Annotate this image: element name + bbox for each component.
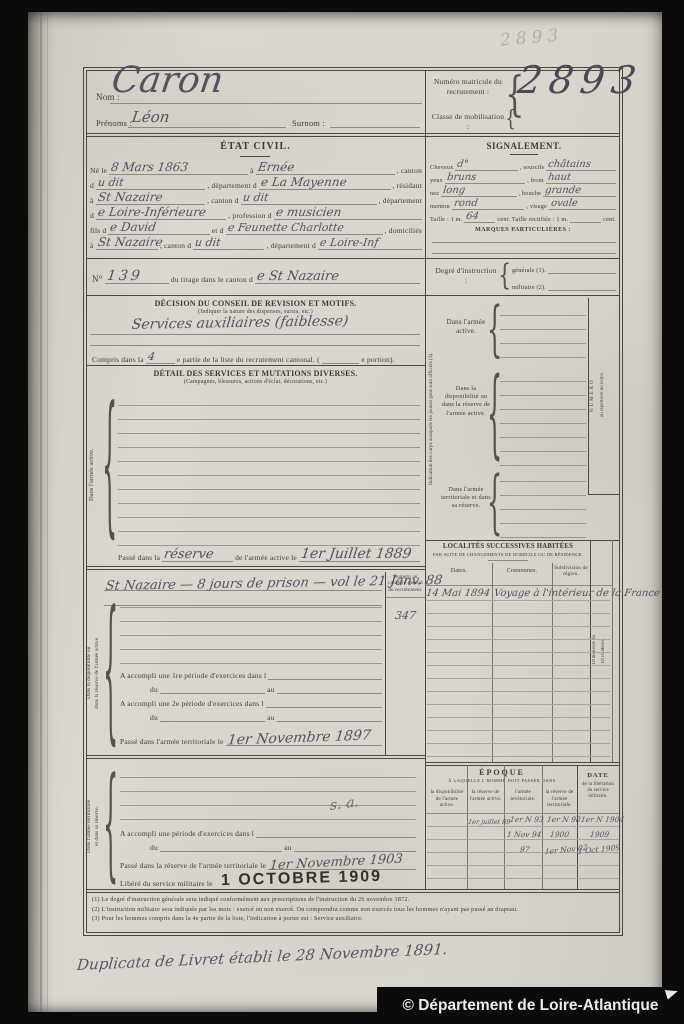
passe-date-value: 1er Juillet 1889 bbox=[300, 547, 412, 561]
epoque-col4: la réserve de l'armée territoriale. bbox=[543, 790, 576, 810]
taille-fill: 64 bbox=[464, 204, 495, 223]
terr-periode-fill bbox=[256, 837, 416, 838]
epoque-col2: la réserve de l'armée active. bbox=[468, 790, 503, 803]
page-binding-line bbox=[40, 12, 42, 1012]
terr-ruled-lines bbox=[120, 764, 416, 820]
localites-subtitle: PAR SUITE DE CHANGEMENTS DE DOMICILE OU … bbox=[428, 552, 588, 557]
divider-heavy-2 bbox=[86, 755, 425, 759]
watermark-text: © Département de Loire-Atlantique bbox=[402, 997, 658, 1015]
ec-l6-loireinf: e Loire-Inf bbox=[319, 237, 379, 248]
tirage-row: N° 139 du tirage dans le canton d e St N… bbox=[92, 266, 420, 284]
corps-active-label: Dans l'armée active. bbox=[443, 318, 489, 336]
epoque-top-line bbox=[425, 762, 620, 766]
epoque-v3a: 1er N 93 bbox=[509, 815, 544, 824]
compris-label-c: e portion). bbox=[361, 355, 394, 364]
ec-l3-dudit: u dit bbox=[242, 192, 269, 203]
passe-terr-fill: 1er Novembre 1897 bbox=[226, 727, 382, 746]
visage-fill: ovale bbox=[549, 191, 616, 210]
detail-margin-brace bbox=[102, 393, 117, 546]
marques-line-2 bbox=[432, 253, 616, 254]
passe-territoriale-row: Passé dans l'armée territoriale le 1er N… bbox=[120, 726, 382, 746]
localites-rule bbox=[488, 560, 528, 561]
ec-l6-ville: St Nazaire bbox=[97, 236, 163, 248]
compris-value: 4 bbox=[147, 351, 156, 362]
taille-label: Taille : 1 m. bbox=[430, 216, 462, 223]
periode1-row: A accompli une 1re période d'exercices d… bbox=[120, 668, 382, 680]
matricule-value: 2893 bbox=[515, 58, 646, 102]
localites-col-subdivision: Subdivision de région. bbox=[552, 565, 590, 577]
localites-row-lines bbox=[427, 588, 610, 760]
localites-title: LOCALITÉS SUCCESSIVES HABITÉES bbox=[428, 543, 588, 550]
footnote-divider bbox=[86, 889, 620, 893]
epoque-title: ÉPOQUE bbox=[428, 768, 576, 777]
libere-label: Libéré du service militaire le bbox=[120, 879, 213, 888]
periode2-du-au-row: du au bbox=[150, 710, 382, 722]
controle-value-wrap: 347 bbox=[386, 606, 425, 624]
corps-terr-lines bbox=[500, 468, 586, 538]
tirage-no-value: 139 bbox=[106, 269, 144, 283]
localites-vline-4 bbox=[612, 540, 613, 763]
periode2-au: au bbox=[267, 713, 274, 722]
ec-l6-dept: , département d bbox=[266, 241, 315, 250]
divider-decision bbox=[86, 295, 620, 296]
localites-row-date: 14 Mai 1894 bbox=[425, 588, 490, 599]
epoque-v3b: 1 Nov 94 bbox=[506, 830, 542, 839]
localites-header-line bbox=[425, 585, 612, 586]
classe-label: Classe de mobilisation : bbox=[430, 112, 506, 132]
decision-line-2 bbox=[90, 345, 420, 346]
tirage-no-fill: 139 bbox=[105, 265, 169, 284]
nom-line bbox=[110, 103, 422, 104]
epoque-v5a: 1er N 1904 bbox=[580, 815, 624, 824]
passe-reserve-row: Passé dans la réserve de l'armée active … bbox=[118, 544, 420, 562]
ec-l6-fill-2: u dit bbox=[193, 231, 264, 250]
compris-fill-1: 4 bbox=[146, 345, 175, 364]
periode1-label: A accompli une 1re période d'exercices d… bbox=[120, 671, 266, 680]
terr-periode-label: A accompli une période d'exercices dans … bbox=[120, 829, 254, 838]
degre-label: Degré d'instruction : bbox=[434, 266, 498, 286]
detail-margin-label: Dans l'armée active. bbox=[88, 400, 100, 550]
epoque-date-title: DATE bbox=[578, 772, 618, 779]
surnom-line bbox=[330, 127, 420, 128]
taille-value: 64 bbox=[466, 212, 480, 222]
reserve-margin: Dans la disponibilité ou dans la réserve… bbox=[86, 595, 102, 750]
footnotes: (1) Le degré d'instruction générale sera… bbox=[92, 895, 614, 924]
compris-row: Compris dans la 4 e partie de la liste d… bbox=[92, 350, 420, 364]
divider-tirage bbox=[86, 258, 620, 259]
degre-generale: générale (1). bbox=[512, 267, 546, 274]
passe-res-fill: 1er Novembre 1903 bbox=[268, 851, 416, 870]
corps-dispo-label: Dans la disponibilité ou dans la réserve… bbox=[441, 385, 491, 418]
tirage-no-label: N° bbox=[92, 274, 103, 284]
terr-margin-brace bbox=[103, 766, 118, 889]
marques-label: MARQUES PARTICULIÈRES : bbox=[430, 227, 616, 233]
footnote-2: (2) L'instruction militaire sera indiqué… bbox=[92, 905, 614, 915]
passe-fill-1: réserve bbox=[162, 543, 233, 562]
taille-row: Taille : 1 m. 64 cent. Taille rectifiée … bbox=[430, 211, 616, 223]
periode2-du-fill bbox=[160, 721, 265, 722]
ec-l2-d: d bbox=[90, 181, 94, 190]
register-scan: 2893 Nom : Caron Prénoms : Léon Surnom :… bbox=[0, 0, 684, 1024]
menton-label: menton bbox=[430, 203, 450, 210]
epoque-v5b: 1909 bbox=[589, 830, 609, 839]
degre-brace bbox=[498, 262, 511, 291]
ec-l1-canton: , canton bbox=[397, 166, 422, 175]
epoque-v4a: 1er N 98 bbox=[546, 815, 581, 824]
corps-terr-label: Dans l'armée territoriale et dans sa rés… bbox=[441, 486, 491, 511]
prenoms-label: Prénoms : bbox=[96, 118, 132, 128]
corps-active-lines bbox=[500, 302, 586, 358]
periode1-du-au-row: du au bbox=[150, 682, 382, 694]
terr-margin: Dans l'armée territoriale et dans sa rés… bbox=[86, 770, 102, 882]
reserve-margin-2: dans la réserve de l'armée active. bbox=[94, 595, 102, 750]
degre-militaire-row: militaire (2). bbox=[512, 280, 616, 291]
classe-brace bbox=[505, 109, 516, 131]
passe-terr-label: Passé dans l'armée territoriale le bbox=[120, 737, 224, 746]
taille-rect-fill bbox=[570, 222, 601, 223]
periode2-du: du bbox=[150, 713, 158, 722]
libere-stamp: 1 OCTOBRE 1909 bbox=[220, 868, 382, 890]
footnote-3: (3) Pour les hommes compris dans la 4e p… bbox=[92, 914, 614, 924]
detail-title: DÉTAIL DES SERVICES ET MUTATIONS DIVERSE… bbox=[86, 369, 425, 378]
watermark-bar: © Département de Loire-Atlantique bbox=[377, 987, 684, 1024]
degre-militaire: militaire (2). bbox=[512, 284, 546, 291]
reserve-margin-1: Dans la disponibilité ou bbox=[86, 595, 94, 750]
terr-margin-2: et dans sa réserve. bbox=[94, 770, 102, 882]
passe-label-a: Passé dans la bbox=[118, 553, 160, 562]
degre-generale-row: générale (1). bbox=[512, 263, 616, 274]
compris-label-a: Compris dans la bbox=[92, 355, 144, 364]
tirage-canton-fill: e St Nazaire bbox=[255, 265, 420, 284]
periode1-au: au bbox=[267, 685, 274, 694]
signalement-title: SIGNALEMENT. bbox=[430, 141, 618, 151]
tirage-canton-value: e St Nazaire bbox=[256, 270, 340, 283]
periode1-du: du bbox=[150, 685, 158, 694]
corps-vertical-left: Indication des corps auxquels les jeunes… bbox=[428, 300, 439, 538]
ec-l1-a: à bbox=[250, 166, 254, 175]
ec-line-6: à St Nazaire , canton d u dit , départem… bbox=[90, 235, 422, 250]
periode1-fill bbox=[268, 679, 382, 680]
repertoire-divider bbox=[588, 298, 589, 494]
compris-label-b: e partie de la liste du recrutement cant… bbox=[177, 355, 320, 364]
epoque-col1: la disponibilité de l'armée active. bbox=[428, 790, 466, 810]
taille-rect-label: cent. Taille rectifiée : 1 m. bbox=[497, 216, 568, 223]
periode2-row: A accompli une 2e période d'exercices da… bbox=[120, 696, 382, 708]
periode2-fill bbox=[266, 707, 382, 708]
decision-title: DÉCISION DU CONSEIL DE REVISION ET MOTIF… bbox=[86, 299, 425, 308]
ec-l2-residant: , résidant bbox=[393, 181, 423, 190]
repertoire-label-1: NUMÉRO bbox=[590, 300, 600, 490]
localites-col-communes: Communes. bbox=[492, 568, 552, 574]
marques-line-1 bbox=[432, 242, 616, 243]
matricule-label: Numéro matricule du recrutement : bbox=[430, 77, 506, 97]
detail-subtitle: (Campagnes, blessures, actions d'éclat, … bbox=[86, 379, 425, 385]
ec-l6-fill-1: St Nazaire bbox=[96, 231, 158, 250]
visage-label: , visage bbox=[526, 203, 547, 210]
header-divider bbox=[86, 133, 620, 137]
localites-col-dates: Dates. bbox=[428, 568, 490, 574]
passe-terr-value: 1er Novembre 1897 bbox=[226, 729, 371, 748]
controle-value: 347 bbox=[394, 609, 417, 622]
ec-l6-canton: , canton d bbox=[160, 241, 191, 250]
prenoms-value: Léon bbox=[131, 108, 171, 126]
visage-value: ovale bbox=[550, 199, 578, 209]
nez-label: nez bbox=[430, 190, 439, 197]
prison-row: St Nazaire — 8 jours de prison — vol le … bbox=[104, 573, 382, 591]
detail-ruled-lines bbox=[118, 392, 420, 546]
nom-value: Caron bbox=[109, 60, 226, 101]
repertoire-bottom-line bbox=[588, 494, 619, 495]
prison-fill: St Nazaire — 8 jours de prison — vol le … bbox=[104, 572, 382, 591]
epoque-date-subtitle: de la libération du service militaire. bbox=[579, 782, 617, 801]
terr-periode-row: A accompli une période d'exercices dans … bbox=[120, 826, 416, 838]
ec-l6-fill-3: e Loire-Inf bbox=[318, 231, 422, 250]
tirage-text: du tirage dans le canton d bbox=[171, 275, 253, 284]
reserve-margin-brace bbox=[103, 597, 118, 753]
front-label: , front bbox=[527, 177, 544, 184]
periode2-au-fill bbox=[277, 721, 382, 722]
ec-l3-a: à bbox=[90, 196, 94, 205]
ec-l6-a: à bbox=[90, 241, 94, 250]
repertoire-strip: NUMÉRO au répertoire du corps. bbox=[590, 300, 610, 490]
divider-heavy-1 bbox=[86, 566, 425, 570]
controle-box: Numéro au contrôle spécial du recrutemen… bbox=[385, 572, 425, 755]
terr-margin-1: Dans l'armée territoriale bbox=[86, 770, 94, 882]
page-binding-line-2 bbox=[47, 12, 48, 1012]
main-column-divider bbox=[425, 70, 426, 889]
periode1-du-fill bbox=[160, 693, 265, 694]
prenoms-line bbox=[128, 127, 286, 128]
degre-generale-fill bbox=[548, 273, 616, 274]
ec-l6-dudit: u dit bbox=[194, 237, 221, 248]
passe-fill-2: 1er Juillet 1889 bbox=[299, 543, 420, 562]
surnom-label: Surnom : bbox=[292, 118, 325, 128]
epoque-v4b: 1900 bbox=[549, 830, 569, 839]
localites-row-text: Voyage à l'intérieur de la France bbox=[493, 588, 660, 599]
reserve-ruled-lines bbox=[120, 594, 382, 664]
epoque-v2: 1er juillet 89 bbox=[467, 818, 511, 826]
corps-dispo-lines bbox=[500, 368, 586, 466]
periode1-au-fill bbox=[277, 693, 382, 694]
passe-label-b: de l'armée active le bbox=[235, 553, 297, 562]
compris-fill-2 bbox=[322, 363, 360, 364]
repertoire-label-2: au répertoire du corps. bbox=[600, 300, 610, 490]
terr-du: du bbox=[150, 843, 158, 852]
libere-row: Libéré du service militaire le 1 OCTOBRE… bbox=[120, 870, 416, 888]
periode2-label: A accompli une 2e période d'exercices da… bbox=[120, 699, 264, 708]
decision-line-1 bbox=[90, 334, 420, 335]
controle-label: Numéro au contrôle spécial du recrutemen… bbox=[386, 572, 425, 598]
epoque-v3c: 97 bbox=[519, 845, 530, 854]
passe-reserve-value: réserve bbox=[163, 548, 214, 561]
ec-l4-d: d bbox=[90, 211, 94, 220]
degre-militaire-fill bbox=[548, 290, 616, 291]
taille-cent-label: cent. bbox=[603, 216, 616, 223]
epoque-subtitle: À LAQUELLE L'HOMME DOIT PASSER DANS bbox=[428, 778, 576, 783]
etat-civil-title: ÉTAT CIVIL. bbox=[86, 141, 425, 152]
footnote-1: (1) Le degré d'instruction générale sera… bbox=[92, 895, 614, 905]
epoque-col3: l'armée territoriale. bbox=[505, 790, 541, 803]
divider-detail bbox=[86, 365, 425, 366]
passe-res-label: Passé dans la réserve de l'armée territo… bbox=[120, 861, 266, 870]
sig-row-4: menton rond , visage ovale bbox=[430, 197, 616, 210]
